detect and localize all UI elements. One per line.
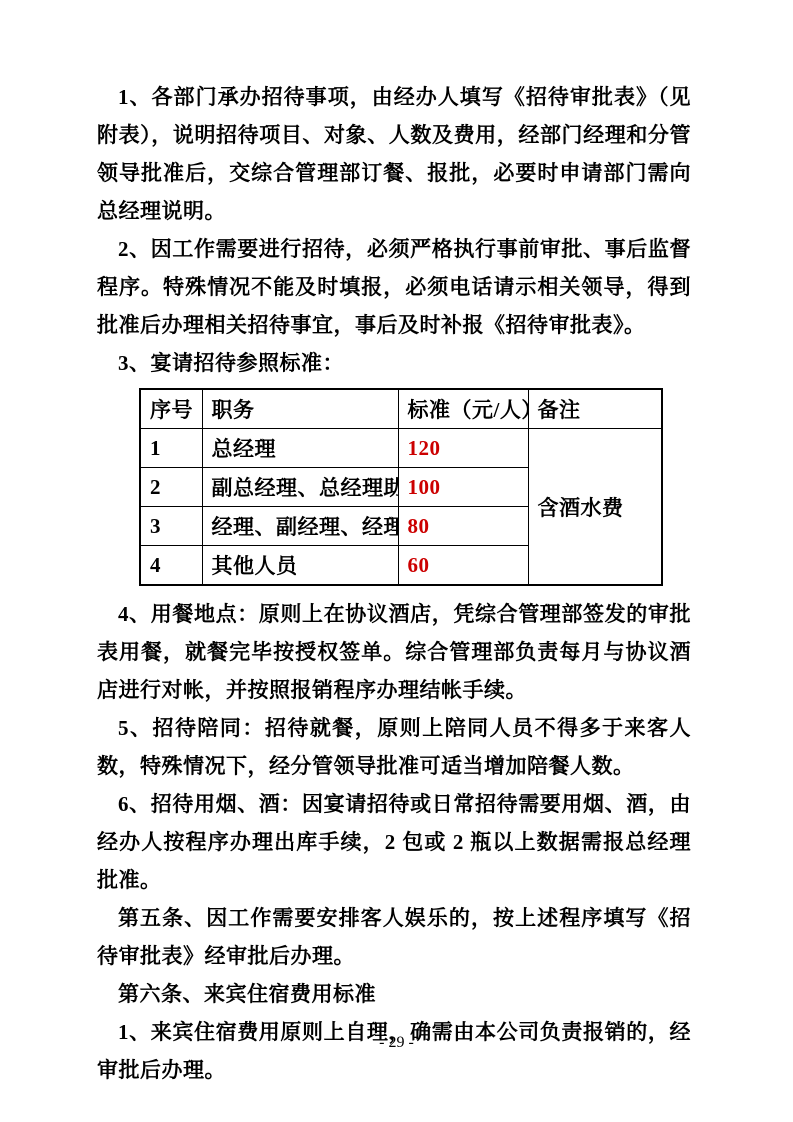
paragraph-item-3-table-intro: 3、宴请招待参照标准： [97,344,691,382]
page-number: - 29 - [0,1034,793,1052]
paragraph-article-5: 第五条、因工作需要安排客人娱乐的，按上述程序填写《招待审批表》经审批后办理。 [97,899,691,975]
paragraph-item-1: 1、各部门承办招待事项，由经办人填写《招待审批表》（见附表），说明招待项目、对象… [97,78,691,230]
header-standard: 标准（元/人） [398,389,528,429]
table-header-row: 序号 职务 标准（元/人） 备注 [140,389,662,429]
table-row: 1 总经理 120 含酒水费 [140,429,662,468]
cell-serial: 1 [140,429,202,468]
document-body: 1、各部门承办招待事项，由经办人填写《招待审批表》（见附表），说明招待项目、对象… [97,78,691,1089]
cell-remark-merged: 含酒水费 [528,429,662,586]
reception-standard-table: 序号 职务 标准（元/人） 备注 1 总经理 120 含酒水费 2 副总经理、总… [139,388,663,586]
header-serial-number: 序号 [140,389,202,429]
paragraph-item-4: 4、用餐地点：原则上在协议酒店，凭综合管理部签发的审批表用餐，就餐完毕按授权签单… [97,595,691,709]
cell-position: 总经理 [202,429,398,468]
cell-position: 其他人员 [202,546,398,586]
cell-serial: 3 [140,507,202,546]
cell-serial: 4 [140,546,202,586]
cell-standard-value: 80 [398,507,528,546]
cell-standard-value: 120 [398,429,528,468]
document-page: 1、各部门承办招待事项，由经办人填写《招待审批表》（见附表），说明招待项目、对象… [0,0,793,1122]
paragraph-item-5: 5、招待陪同：招待就餐，原则上陪同人员不得多于来客人数，特殊情况下，经分管领导批… [97,709,691,785]
paragraph-article-6-heading: 第六条、来宾住宿费用标准 [97,975,691,1013]
cell-position: 副总经理、总经理助理 [202,468,398,507]
cell-standard-value: 60 [398,546,528,586]
cell-standard-value: 100 [398,468,528,507]
paragraph-item-6: 6、招待用烟、酒：因宴请招待或日常招待需要用烟、酒，由经办人按程序办理出库手续，… [97,785,691,899]
header-position: 职务 [202,389,398,429]
header-remark: 备注 [528,389,662,429]
paragraph-item-2: 2、因工作需要进行招待，必须严格执行事前审批、事后监督程序。特殊情况不能及时填报… [97,230,691,344]
cell-serial: 2 [140,468,202,507]
cell-position: 经理、副经理、经理助理 [202,507,398,546]
